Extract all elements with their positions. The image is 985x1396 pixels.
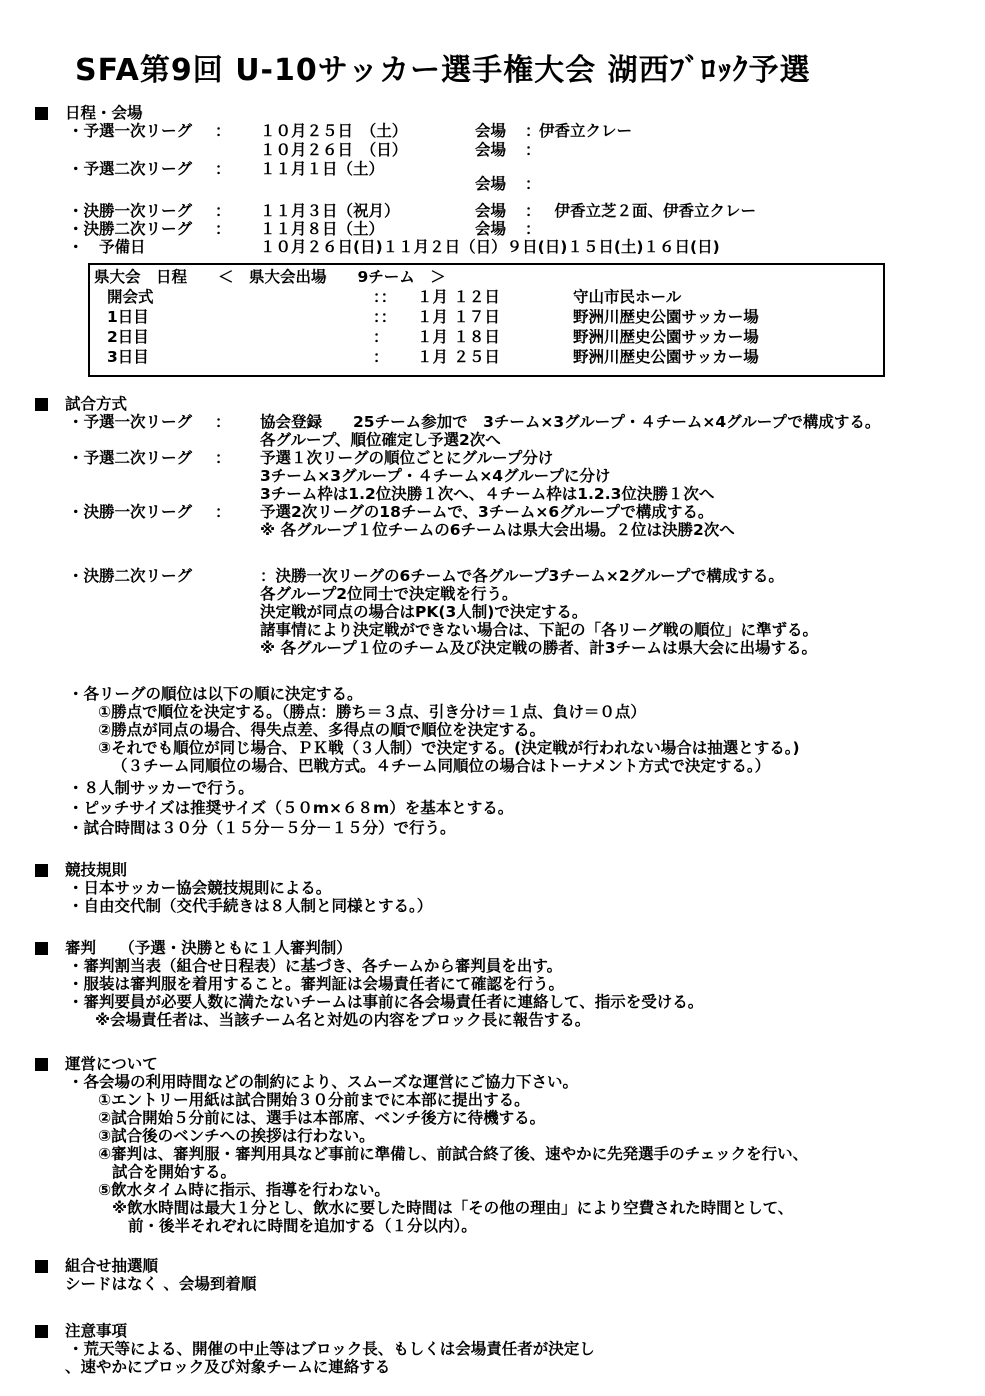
match-date: １１月３日（祝月） — [260, 202, 475, 220]
operation-note-line: 前・後半それぞれに時間を追加する（１分以内）。 — [0, 1217, 985, 1235]
colon — [215, 567, 260, 585]
format-row: ・予選二次リーグ ： 予選１次リーグの順位ごとにグループ分け — [0, 449, 985, 467]
section-notice-heading: 注意事項 — [0, 1322, 985, 1340]
operation-note-line: ※飲水時間は最大１分とし、飲水に要した時間は「その他の理由」により空費された時間… — [0, 1199, 985, 1217]
venue-label: 会場 — [475, 202, 525, 220]
section-heading-label: 審判 （予選・決勝ともに１人審判制） — [48, 939, 352, 957]
venue-name: 伊香立芝２面、伊香立クレー — [539, 202, 756, 220]
reserve-day-dates: １０月２６日(日)１１月２日（日）９日(日)１５日(土)１６日(日) — [260, 238, 720, 256]
section-marker-icon — [35, 1260, 48, 1273]
reserve-day-label: ・ 予備日 — [68, 238, 215, 256]
ranking-rule-line: ③それでも順位が同じ場合、ＰＫ戦（３人制）で決定する。(決定戦が行われない場合は… — [0, 739, 985, 757]
venue-name: 伊香立クレー — [539, 122, 632, 141]
venue-label: 会場 — [475, 176, 525, 192]
event-venue: 野洲川歴史公園サッカー場 — [573, 347, 759, 367]
format-text: ※ 各グループ１位チームの6チームは県大会出場。２位は決勝2次へ — [260, 521, 735, 539]
colon: ： — [373, 327, 417, 347]
event-date: １月 ２５日 — [417, 347, 573, 367]
event-name: 1日目 — [107, 307, 373, 327]
ranking-rule-line: ②勝点が同点の場合、得失点差、多得点の順で順位を決定する。 — [0, 721, 985, 739]
colon — [215, 485, 260, 503]
league-label — [68, 176, 215, 192]
rules-line: ・日本サッカー協会競技規則による。 — [0, 879, 985, 897]
ranking-rule-line: （３チーム同順位の場合、巴戦方式。４チーム同順位の場合はトーナメント方式で決定す… — [0, 757, 985, 775]
section-heading-label: 競技規則 — [48, 861, 127, 879]
colon — [215, 621, 260, 639]
schedule-row: 会場 ： — [0, 176, 985, 192]
colon — [215, 176, 260, 192]
section-marker-icon — [35, 107, 48, 120]
event-date: １月 １２日 — [417, 287, 573, 307]
format-text: 各グループ2位同士で決定戦を行う。 — [260, 585, 518, 603]
section-heading-label: 試合方式 — [48, 395, 127, 413]
colon: ： — [525, 202, 539, 220]
format-row: ・予選一次リーグ ： 協会登録 25チーム参加で 3チーム×3グループ・４チーム… — [0, 413, 985, 431]
colon: ： — [525, 176, 539, 192]
format-row: 3チーム×3グループ・４チーム×4グループに分け — [0, 467, 985, 485]
section-referee-heading: 審判 （予選・決勝ともに１人審判制） — [0, 939, 985, 957]
league-label: ・決勝二次リーグ — [68, 220, 215, 238]
colon: ： — [215, 449, 260, 467]
operation-line: ・各会場の利用時間などの制約により、スムーズな運営にご協力下さい。 — [0, 1073, 985, 1091]
operation-line: ③試合後のベンチへの挨拶は行わない。 — [0, 1127, 985, 1145]
colon — [215, 521, 260, 539]
pref-row: 2日目 ： １月 １８日 野洲川歴史公園サッカー場 — [92, 327, 883, 347]
colon — [215, 603, 260, 621]
section-draw-heading: 組合せ抽選順 — [0, 1257, 985, 1275]
league-label — [68, 431, 215, 449]
section-marker-icon — [35, 398, 48, 411]
league-label — [68, 485, 215, 503]
format-row: 各グループ、順位確定し予選2次へ — [0, 431, 985, 449]
section-marker-icon — [35, 864, 48, 877]
league-label — [68, 621, 215, 639]
pref-row: 3日目 ： １月 ２５日 野洲川歴史公園サッカー場 — [92, 347, 883, 367]
format-text: 予選１次リーグの順位ごとにグループ分け — [260, 449, 553, 467]
operation-line: ①エントリー用紙は試合開始３０分前までに本部に提出する。 — [0, 1091, 985, 1109]
event-name: 3日目 — [107, 347, 373, 367]
colon — [215, 639, 260, 657]
event-venue: 守山市民ホール — [573, 287, 681, 307]
format-text: ※ 各グループ１位のチーム及び決定戦の勝者、計3チームは県大会に出場する。 — [260, 639, 817, 657]
format-row: 決定戦が同点の場合はPK(3人制)で決定する。 — [0, 603, 985, 621]
pref-row: 開会式 ：： １月 １２日 守山市民ホール — [92, 287, 883, 307]
venue-label: 会場 — [475, 220, 525, 238]
venue-label: 会場 — [475, 122, 525, 141]
venue-label: 会場 — [475, 141, 525, 160]
section-marker-icon — [35, 942, 48, 955]
event-date: １月 １８日 — [417, 327, 573, 347]
format-text: 3チーム×3グループ・４チーム×4グループに分け — [260, 467, 610, 485]
match-date — [260, 176, 475, 192]
colon: ： — [373, 347, 417, 367]
section-heading-label: 注意事項 — [48, 1322, 127, 1340]
colon: ： — [525, 122, 539, 141]
colon — [215, 585, 260, 603]
event-name: 2日目 — [107, 327, 373, 347]
referee-note-line: ※会場責任者は、当該チーム名と対処の内容をブロック長に報告する。 — [0, 1011, 985, 1029]
referee-line: ・服装は審判服を着用すること。審判証は会場責任者にて確認を行う。 — [0, 975, 985, 993]
format-row: 3チーム枠は1.2位決勝１次へ、４チーム枠は1.2.3位決勝１次へ — [0, 485, 985, 503]
colon: ： — [215, 413, 260, 431]
league-label: ・決勝一次リーグ — [68, 202, 215, 220]
operation-line: 試合を開始する。 — [0, 1163, 985, 1181]
format-row: ※ 各グループ１位チームの6チームは県大会出場。２位は決勝2次へ — [0, 521, 985, 539]
draw-line: シードはなく 、会場到着順 — [0, 1275, 985, 1293]
section-heading-label: 日程・会場 — [48, 104, 143, 122]
pref-tournament-box: 県大会 日程 ＜ 県大会出場 9チーム ＞ 開会式 ：： １月 １２日 守山市民… — [88, 263, 885, 377]
schedule-row: ・決勝二次リーグ ： １１月８日（土） 会場 ： — [0, 220, 985, 238]
colon: ： — [215, 503, 260, 521]
colon: ： — [215, 220, 260, 238]
operation-line: ⑤飲水タイム時に指示、指導を行わない。 — [0, 1181, 985, 1199]
format-text: 各グループ、順位確定し予選2次へ — [260, 431, 501, 449]
match-rule-line: ・８人制サッカーで行う。 — [0, 779, 985, 797]
colon — [215, 467, 260, 485]
match-rule-line: ・試合時間は３０分（１５分－５分－１５分）で行う。 — [0, 819, 985, 837]
league-label: ・予選二次リーグ — [68, 449, 215, 467]
league-label: ・決勝二次リーグ — [68, 567, 215, 585]
format-text: 協会登録 25チーム参加で 3チーム×3グループ・４チーム×4グループで構成する… — [260, 413, 880, 431]
format-text: ：決勝一次リーグの6チームで各グループ3チーム×2グループで構成する。 — [260, 567, 784, 585]
league-label — [68, 603, 215, 621]
league-label: ・決勝一次リーグ — [68, 503, 215, 521]
format-row: ・決勝一次リーグ ： 予選2次リーグの18チームで、3チーム×6グループで構成す… — [0, 503, 985, 521]
colon — [215, 431, 260, 449]
section-rules-heading: 競技規則 — [0, 861, 985, 879]
section-schedule-heading: 日程・会場 — [0, 104, 985, 122]
operation-line: ②試合開始５分前には、選手は本部席、ベンチ後方に待機する。 — [0, 1109, 985, 1127]
notice-line: ・荒天等による、開催の中止等はブロック長、もしくは会場責任者が決定し — [0, 1340, 985, 1358]
event-name: 開会式 — [107, 287, 373, 307]
section-heading-label: 組合せ抽選順 — [48, 1257, 158, 1275]
league-label — [68, 639, 215, 657]
section-marker-icon — [35, 1058, 48, 1071]
league-label — [68, 521, 215, 539]
format-row: ・決勝二次リーグ ：決勝一次リーグの6チームで各グループ3チーム×2グループで構… — [0, 567, 985, 585]
format-text: 3チーム枠は1.2位決勝１次へ、４チーム枠は1.2.3位決勝１次へ — [260, 485, 714, 503]
colon: ： — [525, 220, 539, 238]
pref-box-header: 県大会 日程 ＜ 県大会出場 9チーム ＞ — [92, 268, 883, 287]
colon — [215, 141, 260, 160]
section-heading-label: 運営について — [48, 1055, 158, 1073]
league-label — [68, 141, 215, 160]
referee-line: ・審判要員が必要人数に満たないチームは事前に各会場責任者に連絡して、指示を受ける… — [0, 993, 985, 1011]
ranking-rule-line: ①勝点で順位を決定する。（勝点：勝ち＝３点、引き分け＝１点、負け＝０点） — [0, 703, 985, 721]
page-title: SFA第9回 U-10サッカー選手権大会 湖西ﾌﾞﾛｯｸ予選 — [0, 50, 985, 92]
colon: ： — [215, 122, 260, 141]
event-venue: 野洲川歴史公園サッカー場 — [573, 307, 759, 327]
colon: ： — [525, 141, 539, 160]
referee-line: ・審判割当表（組合せ日程表）に基づき、各チームから審判員を出す。 — [0, 957, 985, 975]
league-label: ・予選一次リーグ — [68, 122, 215, 141]
colon: ： — [215, 202, 260, 220]
event-venue: 野洲川歴史公園サッカー場 — [573, 327, 759, 347]
match-date: １１月８日（土） — [260, 220, 475, 238]
event-date: １月 １７日 — [417, 307, 573, 327]
reserve-day-row: ・ 予備日 １０月２６日(日)１１月２日（日）９日(日)１５日(土)１６日(日) — [0, 238, 985, 256]
colon — [215, 238, 260, 256]
match-rule-line: ・ピッチサイズは推奨サイズ（５０m×６８m）を基本とする。 — [0, 799, 985, 817]
match-date: １０月２５日 （土） — [260, 122, 475, 141]
ranking-rule-line: ・各リーグの順位は以下の順に決定する。 — [0, 685, 985, 703]
section-format-heading: 試合方式 — [0, 395, 985, 413]
schedule-row: １０月２６日 （日） 会場 ： — [0, 141, 985, 160]
league-label: ・予選一次リーグ — [68, 413, 215, 431]
format-row: 諸事情により決定戦ができない場合は、下記の「各リーグ戦の順位」に準ずる。 — [0, 621, 985, 639]
section-marker-icon — [35, 1325, 48, 1338]
colon: ：： — [373, 287, 417, 307]
colon: ：： — [373, 307, 417, 327]
league-label — [68, 467, 215, 485]
document-page: SFA第9回 U-10サッカー選手権大会 湖西ﾌﾞﾛｯｸ予選 日程・会場 ・予選… — [0, 0, 985, 1396]
notice-line: 、速やかにブロック及び対象チームに連絡する — [0, 1358, 985, 1376]
format-text: 決定戦が同点の場合はPK(3人制)で決定する。 — [260, 603, 587, 621]
format-text: 予選2次リーグの18チームで、3チーム×6グループで構成する。 — [260, 503, 713, 521]
pref-row: 1日目 ：： １月 １７日 野洲川歴史公園サッカー場 — [92, 307, 883, 327]
rules-line: ・自由交代制（交代手続きは８人制と同様とする。） — [0, 897, 985, 915]
format-text: 諸事情により決定戦ができない場合は、下記の「各リーグ戦の順位」に準ずる。 — [260, 621, 818, 639]
section-operation-heading: 運営について — [0, 1055, 985, 1073]
format-row: ※ 各グループ１位のチーム及び決定戦の勝者、計3チームは県大会に出場する。 — [0, 639, 985, 657]
schedule-row: ・決勝一次リーグ ： １１月３日（祝月） 会場 ： 伊香立芝２面、伊香立クレー — [0, 202, 985, 220]
format-row: 各グループ2位同士で決定戦を行う。 — [0, 585, 985, 603]
match-date: １０月２６日 （日） — [260, 141, 475, 160]
schedule-row: ・予選一次リーグ ： １０月２５日 （土） 会場 ： 伊香立クレー — [0, 122, 985, 141]
operation-line: ④審判は、審判服・審判用具など事前に準備し、前試合終了後、速やかに先発選手のチェ… — [0, 1145, 985, 1163]
league-label — [68, 585, 215, 603]
